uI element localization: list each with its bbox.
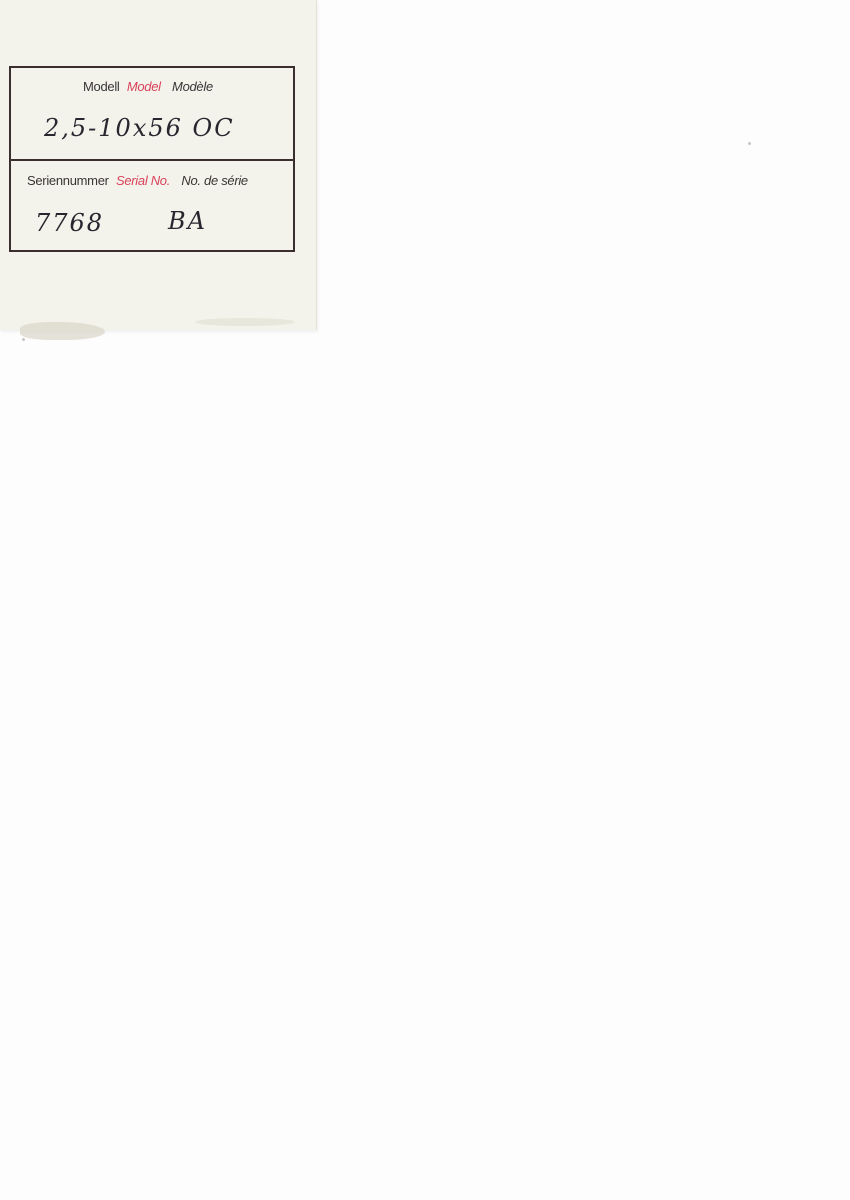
- serial-section: Seriennummer Serial No. No. de série 776…: [11, 161, 293, 252]
- model-label-de: Modell: [83, 79, 120, 94]
- model-label-en: Model: [127, 79, 161, 94]
- model-section: Modell Model Modèle 2,5-10x56 OC: [11, 68, 293, 161]
- serial-label-en: Serial No.: [116, 173, 170, 188]
- serial-label-fr: No. de série: [181, 173, 248, 188]
- torn-edge-mark: [20, 322, 105, 340]
- serial-label-de: Seriennummer: [27, 173, 109, 188]
- product-label-card: Modell Model Modèle 2,5-10x56 OC Serienn…: [0, 0, 317, 330]
- torn-edge-mark: [195, 318, 295, 326]
- model-label-fr: Modèle: [172, 79, 213, 94]
- serial-labels: Seriennummer Serial No. No. de série: [27, 173, 248, 188]
- model-labels: Modell Model Modèle: [83, 79, 213, 94]
- label-frame: Modell Model Modèle 2,5-10x56 OC Serienn…: [9, 66, 295, 252]
- serial-value: 7768: [35, 209, 104, 237]
- scan-speck: [748, 142, 751, 145]
- model-value: 2,5-10x56 OC: [44, 114, 235, 142]
- serial-suffix: BA: [168, 207, 207, 235]
- scan-speck: [22, 338, 25, 341]
